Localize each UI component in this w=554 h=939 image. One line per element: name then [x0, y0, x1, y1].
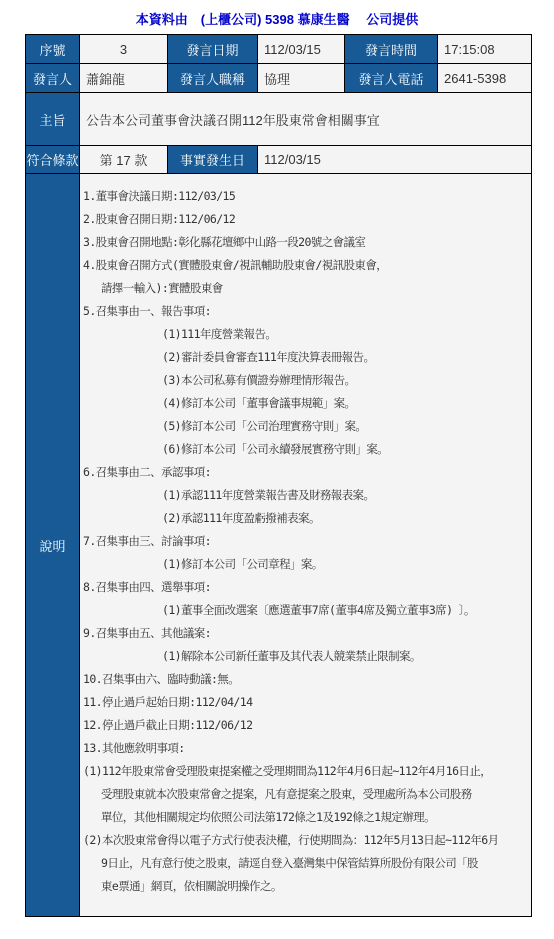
speaker-title-value: 協理 [258, 64, 345, 93]
description-line: (1)112年股東常會受理股東提案權之受理期間為112年4月6日起~112年4月… [83, 760, 527, 783]
description-line: 東e票通」網頁，依相關說明操作之。 [83, 875, 527, 898]
speaker-title-label: 發言人職稱 [168, 64, 258, 93]
description-line: 13.其他應敘明事項: [83, 737, 527, 760]
description-label: 說明 [26, 174, 80, 917]
clause-label: 符合條款 [26, 146, 80, 174]
description-line: 請擇一輸入):實體股東會 [83, 277, 527, 300]
description-content: 1.董事會決議日期:112/03/152.股東會召開日期:112/06/123.… [80, 174, 532, 917]
speaker-phone-value: 2641-5398 [438, 64, 532, 93]
description-line: 單位，其他相關規定均依照公司法第172條之1及192條之1規定辦理。 [83, 806, 527, 829]
fact-date-label: 事實發生日 [168, 146, 258, 174]
time-label: 發言時間 [345, 35, 438, 64]
description-line: (1)解除本公司新任董事及其代表人競業禁止限制案。 [83, 645, 527, 668]
description-line: 9.召集事由五、其他議案: [83, 622, 527, 645]
description-line: (2)承認111年度盈虧撥補表案。 [83, 507, 527, 530]
description-line: 2.股東會召開日期:112/06/12 [83, 208, 527, 231]
description-line: 9日止，凡有意行使之股東，請逕自登入臺灣集中保管結算所股份有限公司「股 [83, 852, 527, 875]
description-line: (6)修訂本公司「公司永續發展實務守則」案。 [83, 438, 527, 461]
table-row-description: 說明 1.董事會決議日期:112/03/152.股東會召開日期:112/06/1… [26, 174, 532, 917]
announcement-table: 序號 3 發言日期 112/03/15 發言時間 17:15:08 發言人 蕭錦… [25, 34, 532, 917]
table-row-clause: 符合條款 第 17 款 事實發生日 112/03/15 [26, 146, 532, 174]
description-line: (2)本次股東常會得以電子方式行使表決權，行使期間為：112年5月13日起~11… [83, 829, 527, 852]
fact-date-value: 112/03/15 [258, 146, 532, 174]
description-text: 1.董事會決議日期:112/03/152.股東會召開日期:112/06/123.… [83, 185, 527, 898]
description-line: (1)111年度營業報告。 [83, 323, 527, 346]
description-line: 4.股東會召開方式(實體股東會/視訊輔助股東會/視訊股東會， [83, 254, 527, 277]
speaker-label: 發言人 [26, 64, 80, 93]
clause-value: 第 17 款 [80, 146, 168, 174]
description-line: 5.召集事由一、報告事項: [83, 300, 527, 323]
description-line: (5)修訂本公司「公司治理實務守則」案。 [83, 415, 527, 438]
description-line: (3)本公司私募有價證券辦理情形報告。 [83, 369, 527, 392]
table-row-subject: 主旨 公告本公司董事會決議召開112年股東常會相關事宜 [26, 93, 532, 146]
time-value: 17:15:08 [438, 35, 532, 64]
description-line: 6.召集事由二、承認事項: [83, 461, 527, 484]
description-line: (2)審計委員會審查111年度決算表冊報告。 [83, 346, 527, 369]
page-title: 本資料由 (上櫃公司) 5398 慕康生醫 公司提供 [0, 9, 554, 28]
description-line: (4)修訂本公司「董事會議事規範」案。 [83, 392, 527, 415]
table-row-seq-date-time: 序號 3 發言日期 112/03/15 發言時間 17:15:08 [26, 35, 532, 64]
description-line: 12.停止過戶截止日期:112/06/12 [83, 714, 527, 737]
description-line: (1)承認111年度營業報告書及財務報表案。 [83, 484, 527, 507]
description-line: 3.股東會召開地點:彰化縣花壇鄉中山路一段20號之會議室 [83, 231, 527, 254]
seq-label: 序號 [26, 35, 80, 64]
subject-value: 公告本公司董事會決議召開112年股東常會相關事宜 [80, 93, 532, 146]
description-line: (1)修訂本公司「公司章程」案。 [83, 553, 527, 576]
subject-label: 主旨 [26, 93, 80, 146]
description-line: 10.召集事由六、臨時動議:無。 [83, 668, 527, 691]
description-line: 受理股東就本次股東常會之提案，凡有意提案之股東，受理處所為本公司股務 [83, 783, 527, 806]
table-row-speaker: 發言人 蕭錦龍 發言人職稱 協理 發言人電話 2641-5398 [26, 64, 532, 93]
date-label: 發言日期 [168, 35, 258, 64]
date-value: 112/03/15 [258, 35, 345, 64]
description-line: (1)董事全面改選案〔應選董事7席(董事4席及獨立董事3席) 〕。 [83, 599, 527, 622]
description-line: 11.停止過戶起始日期:112/04/14 [83, 691, 527, 714]
description-line: 7.召集事由三、討論事項: [83, 530, 527, 553]
speaker-phone-label: 發言人電話 [345, 64, 438, 93]
seq-value: 3 [80, 35, 168, 64]
speaker-value: 蕭錦龍 [80, 64, 168, 93]
description-line: 1.董事會決議日期:112/03/15 [83, 185, 527, 208]
description-line: 8.召集事由四、選舉事項: [83, 576, 527, 599]
